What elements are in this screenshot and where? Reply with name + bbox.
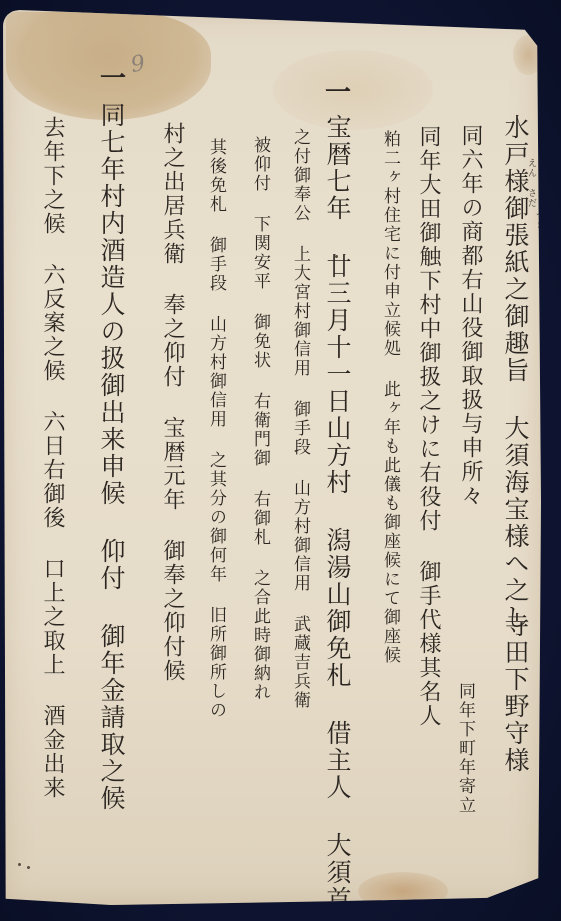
text-column-11: 同七年村内酒造人の扱御出来申候 仰付 御年金請取之候 (99, 102, 124, 812)
text-column-12: 去年下之候 六反案之候 六日右御後 口上之取上 酒金出来 (41, 116, 63, 800)
manuscript-page: 9 一 一 寺田下野守様 水戸様御張紙之御趣旨 大須海宝様へ之し えん さだ つ… (3, 10, 541, 905)
text-column-3: 同六年の商都右山役御取扱与申所々 (459, 124, 481, 508)
text-column-8: 被仰付 下関安平 御免状 右衛門御 右御札 之合此時御納れ (251, 136, 268, 702)
section-mark-center: 一 (325, 72, 351, 109)
text-column-9: 其後免札 御手段 山方村御信用 之其分の御何年 旧所御所しの (207, 138, 224, 720)
pencil-page-number: 9 (129, 51, 147, 78)
water-stain-faint (273, 50, 433, 130)
ink-dot (27, 866, 30, 869)
ruby-annotation-2: さだ (525, 188, 538, 208)
ink-dot (18, 863, 21, 866)
text-column-5: 粕二ヶ村住宅に付申立候処 此ヶ年も此儀も御座候にて御座候 (381, 130, 398, 665)
text-column-7: 之付御奉公 上大宮村御信用 御手段 山方村御信用 武蔵吉兵衛 (291, 128, 308, 710)
section-mark-left: 一 (100, 58, 126, 95)
ruby-annotation-1: えん (525, 158, 538, 178)
text-column-4: 同年大田御触下村中御扱之けに右役付 御手代様其名人 (417, 125, 439, 728)
ink-dot (335, 255, 338, 258)
text-column-6: 宝暦七年 廿三月十一日山方村 潟湯山御免札 借主人 大須首 (325, 114, 350, 913)
text-column-10: 村之出居兵衛 奉之仰付 宝暦元年 御奉之仰付候 (161, 122, 183, 683)
text-column-2b: 同年下町年寄立 (456, 682, 473, 815)
text-column-1: 寺田下野守様 (503, 612, 528, 774)
